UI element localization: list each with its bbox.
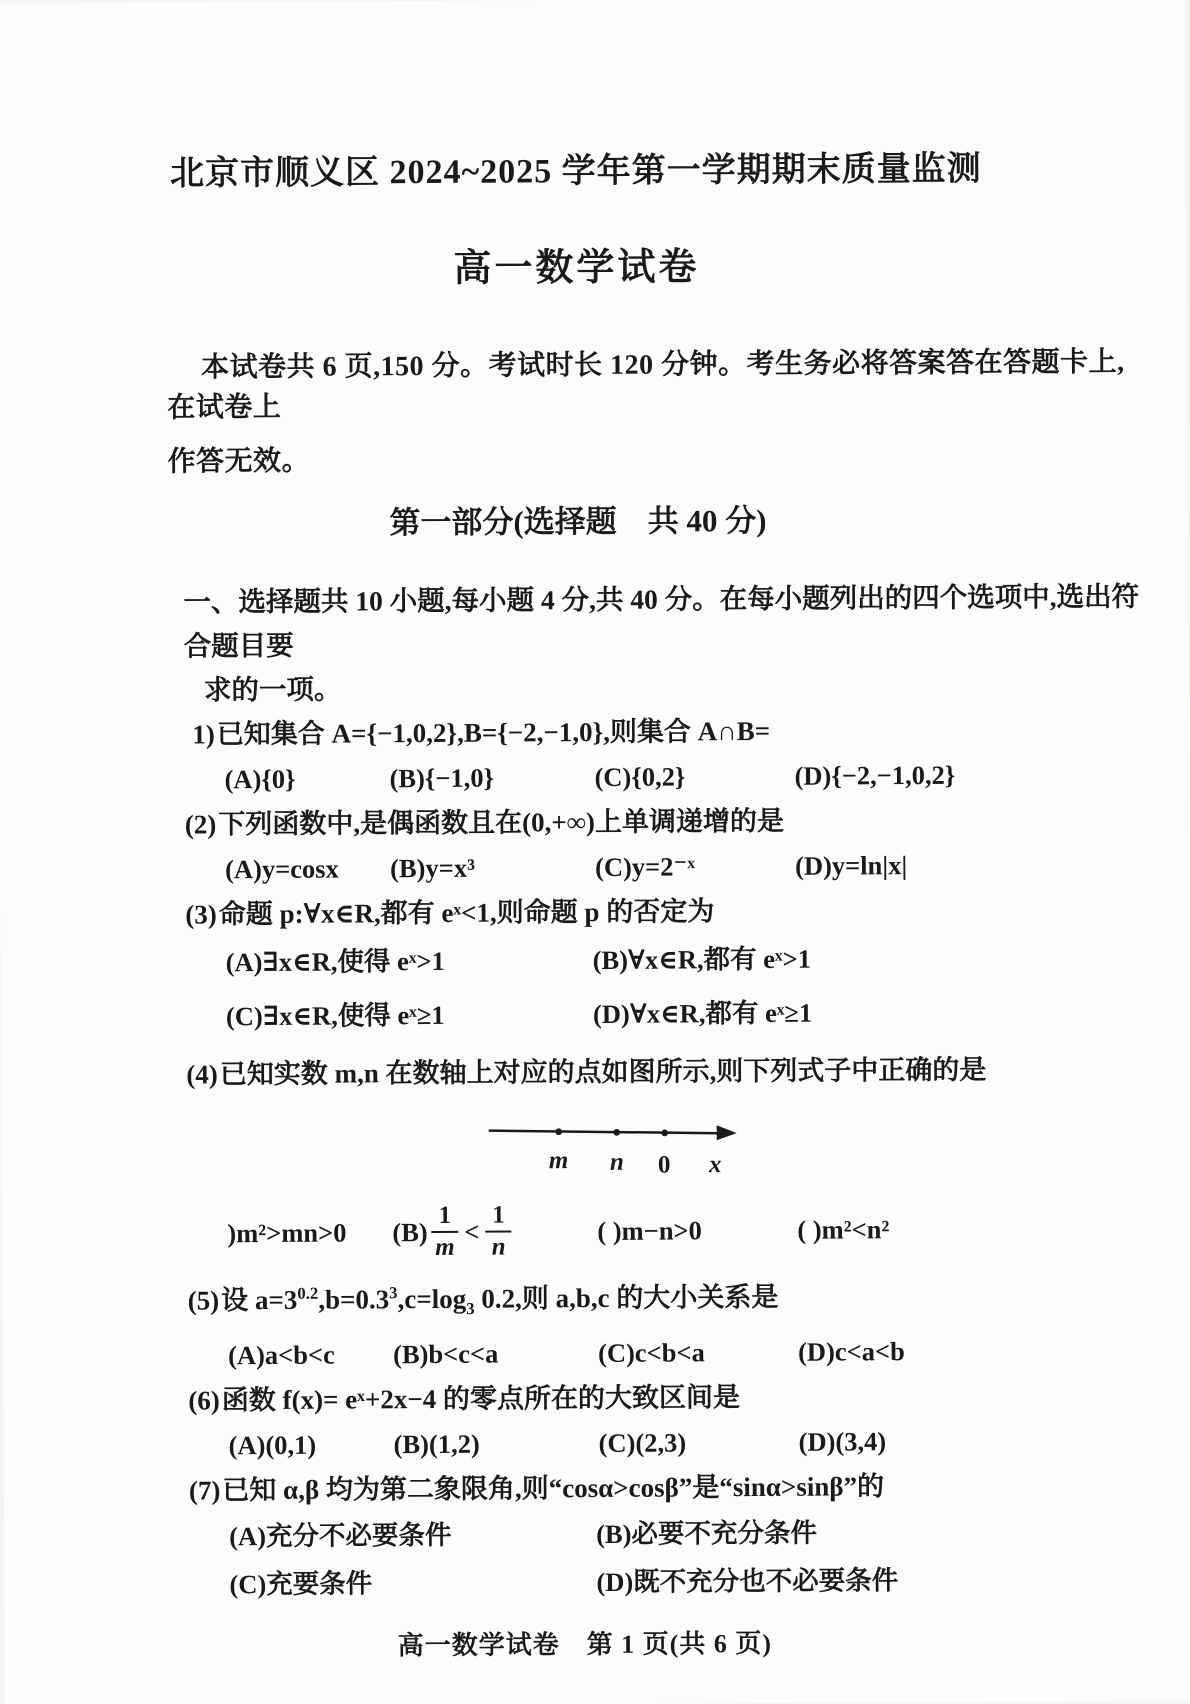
question-2-option-d: (D)y=ln|x| <box>795 842 907 889</box>
label-x-axis: x <box>708 1151 722 1178</box>
question-1-text: 已知集合 A={−1,0,2},B={−2,−1,0},则集合 A∩B= <box>217 716 770 749</box>
question-6-text: 函数 f(x)= eˣ+2x−4 的零点所在的大致区间是 <box>222 1383 740 1416</box>
question-1: 1)已知集合 A={−1,0,2},B={−2,−1,0},则集合 A∩B= (… <box>0 706 1190 803</box>
question-3: (3)命题 p:∀x∈R,都有 eˣ<1,则命题 p 的否定为 (A)∃x∈R,… <box>0 886 1190 1045</box>
exponent: 0.2 <box>297 1284 318 1303</box>
axis-arrowhead-icon <box>717 1125 737 1140</box>
fraction-numerator: 1 <box>431 1202 458 1233</box>
question-1-options: (A){0} (B){−1,0} (C){0,2} (D){−2,−1,0,2} <box>0 750 1190 803</box>
question-5-option-b: (B)b<c<a <box>393 1331 499 1378</box>
question-5-option-d: (D)c<a<b <box>798 1329 905 1376</box>
question-7-text: 已知 α,β 均为第二象限角,则“cosα>cosβ”是“sinα>sinβ”的 <box>222 1472 884 1506</box>
point-zero-dot <box>661 1129 668 1136</box>
question-7-options-row-2: (C)充要条件 (D)既不充分也不必要条件 <box>4 1555 1190 1610</box>
question-2-option-a: (A)y=cosx <box>225 846 339 893</box>
number-line-axis <box>489 1129 719 1134</box>
question-4-text: 已知实数 m,n 在数轴上对应的点如图所示,则下列式子中正确的是 <box>220 1055 987 1090</box>
question-5-text-part: 设 a=3 <box>221 1285 297 1315</box>
fraction-one-over-n: 1n <box>485 1202 512 1262</box>
question-5-text-part: 0.2,则 a,b,c 的大小关系是 <box>474 1282 778 1314</box>
question-1-option-d: (D){−2,−1,0,2} <box>794 752 955 799</box>
point-m-dot <box>555 1128 562 1135</box>
log-base: 3 <box>466 1299 474 1318</box>
question-2-text: 下列函数中,是偶函数且在(0,+∞)上单调递增的是 <box>218 806 784 839</box>
question-4-option-b: (B) 1m < 1n <box>392 1192 516 1271</box>
question-1-number: 1) <box>192 719 215 749</box>
question-1-stem: 1)已知集合 A={−1,0,2},B={−2,−1,0},则集合 A∩B= <box>192 707 1149 757</box>
page-title: 北京市顺义区 2024~2025 学年第一学期期末质量监测 <box>101 147 1051 197</box>
question-6-options: (A)(0,1) (B)(1,2) (C)(2,3) (D)(3,4) <box>3 1417 1190 1470</box>
question-6-stem: (6)函数 f(x)= eˣ+2x−4 的零点所在的大致区间是 <box>188 1373 1153 1423</box>
label-n: n <box>610 1149 624 1176</box>
question-7-stem: (7)已知 α,β 均为第二象限角,则“cosα>cosβ”是“sinα>sin… <box>189 1463 1154 1513</box>
question-7-option-c: (C)充要条件 <box>229 1560 372 1609</box>
question-3-option-c: (C)∃x∈R,使得 eˣ≥1 <box>226 987 445 1044</box>
number-line-svg: m n 0 x <box>487 1105 747 1187</box>
question-5-number: (5) <box>188 1285 220 1315</box>
question-6-option-b: (B)(1,2) <box>393 1421 479 1468</box>
exponent: 3 <box>389 1283 397 1302</box>
question-3-stem: (3)命题 p:∀x∈R,都有 eˣ<1,则命题 p 的否定为 <box>185 887 1150 937</box>
question-4-option-c: ( )m−n>0 <box>597 1191 702 1270</box>
question-4-number: (4) <box>186 1059 218 1089</box>
section-heading: 第一部分(选择题 共 40 分) <box>103 497 1053 547</box>
question-2-option-c: (C)y=2⁻ˣ <box>595 843 695 890</box>
question-4-option-d: ( )m²<n² <box>797 1190 890 1269</box>
question-3-number: (3) <box>185 899 217 929</box>
question-1-option-c: (C){0,2} <box>594 753 685 800</box>
fraction-one-over-m: 1m <box>431 1202 458 1262</box>
question-2-stem: (2)下列函数中,是偶函数且在(0,+∞)上单调递增的是 <box>185 797 1150 847</box>
instruction-line-1: 一、选择题共 10 小题,每小题 4 分,共 40 分。在每小题列出的四个选项中… <box>183 575 1149 669</box>
question-5-option-a: (A)a<b<c <box>228 1332 335 1379</box>
question-5-option-c: (C)c<b<a <box>598 1330 705 1377</box>
question-6: (6)函数 f(x)= eˣ+2x−4 的零点所在的大致区间是 (A)(0,1)… <box>3 1373 1190 1470</box>
page-subtitle: 高一数学试卷 <box>101 241 1051 295</box>
question-4-stem: (4)已知实数 m,n 在数轴上对应的点如图所示,则下列式子中正确的是 <box>186 1047 1151 1097</box>
question-3-option-d: (D)∀x∈R,都有 eˣ≥1 <box>593 985 813 1042</box>
question-7-option-b: (B)必要不充分条件 <box>596 1509 817 1558</box>
instruction-line-2: 求的一项。 <box>204 662 1189 712</box>
question-3-option-b: (B)∀x∈R,都有 eˣ>1 <box>593 933 812 986</box>
intro-line-2: 作答无效。 <box>167 436 1187 482</box>
number-line-figure: m n 0 x <box>487 1102 1190 1192</box>
fraction-denominator: m <box>435 1233 455 1262</box>
question-7: (7)已知 α,β 均为第二象限角,则“cosα>cosβ”是“sinα>sin… <box>4 1463 1190 1610</box>
question-1-option-a: (A){0} <box>224 756 295 802</box>
question-7-option-a: (A)充分不必要条件 <box>229 1511 452 1560</box>
question-7-number: (7) <box>189 1476 221 1506</box>
question-3-options-row-1: (A)∃x∈R,使得 eˣ>1 (B)∀x∈R,都有 eˣ>1 <box>1 930 1190 989</box>
question-4-options: )m²>mn>0 (B) 1m < 1n ( )m−n>0 ( )m²<n² <box>2 1188 1190 1273</box>
question-2-option-b: (B)y=x³ <box>390 845 475 892</box>
question-5: (5)设 a=30.2,b=0.33,c=log3 0.2,则 a,b,c 的大… <box>3 1266 1190 1380</box>
question-6-option-a: (A)(0,1) <box>228 1422 316 1469</box>
relation-sign: < <box>464 1216 479 1247</box>
question-5-stem: (5)设 a=30.2,b=0.33,c=log3 0.2,则 a,b,c 的大… <box>188 1267 1153 1333</box>
question-2-options: (A)y=cosx (B)y=x³ (C)y=2⁻ˣ (D)y=ln|x| <box>0 840 1190 893</box>
question-2-number: (2) <box>185 809 217 839</box>
fraction-numerator: 1 <box>485 1202 512 1233</box>
question-7-options-row-1: (A)充分不必要条件 (B)必要不充分条件 <box>4 1507 1190 1562</box>
question-4: (4)已知实数 m,n 在数轴上对应的点如图所示,则下列式子中正确的是 m n … <box>1 1046 1190 1273</box>
question-5-text-part: ,b=0.3 <box>318 1284 389 1314</box>
page-footer: 高一数学试卷 第 1 页(共 6 页) <box>110 1622 1060 1665</box>
intro-line-1: 本试卷共 6 页,150 分。考试时长 120 分钟。考生务必将答案答在答题卡上… <box>167 343 1132 429</box>
question-4-option-b-label: (B) <box>392 1217 428 1248</box>
question-7-option-d: (D)既不充分也不必要条件 <box>596 1557 898 1607</box>
point-n-dot <box>613 1129 620 1136</box>
fraction-denominator: n <box>492 1233 506 1262</box>
question-3-options-row-2: (C)∃x∈R,使得 eˣ≥1 (D)∀x∈R,都有 eˣ≥1 <box>1 982 1190 1045</box>
question-4-option-a: )m²>mn>0 <box>227 1194 347 1273</box>
question-3-option-a: (A)∃x∈R,使得 eˣ>1 <box>226 935 445 988</box>
question-2: (2)下列函数中,是偶函数且在(0,+∞)上单调递增的是 (A)y=cosx (… <box>0 796 1190 893</box>
exam-page: 北京市顺义区 2024~2025 学年第一学期期末质量监测 高一数学试卷 本试卷… <box>0 0 1190 1704</box>
question-6-option-d: (D)(3,4) <box>798 1419 886 1466</box>
question-5-options: (A)a<b<c (B)b<c<a (C)c<b<a (D)c<a<b <box>3 1327 1190 1380</box>
question-6-number: (6) <box>188 1386 220 1416</box>
question-6-option-c: (C)(2,3) <box>598 1420 686 1467</box>
label-m: m <box>549 1147 569 1174</box>
question-5-text-part: ,c=log <box>397 1284 466 1314</box>
question-1-option-b: (B){−1,0} <box>389 755 494 802</box>
question-3-text: 命题 p:∀x∈R,都有 eˣ<1,则命题 p 的否定为 <box>219 896 715 929</box>
label-zero: 0 <box>658 1152 671 1179</box>
